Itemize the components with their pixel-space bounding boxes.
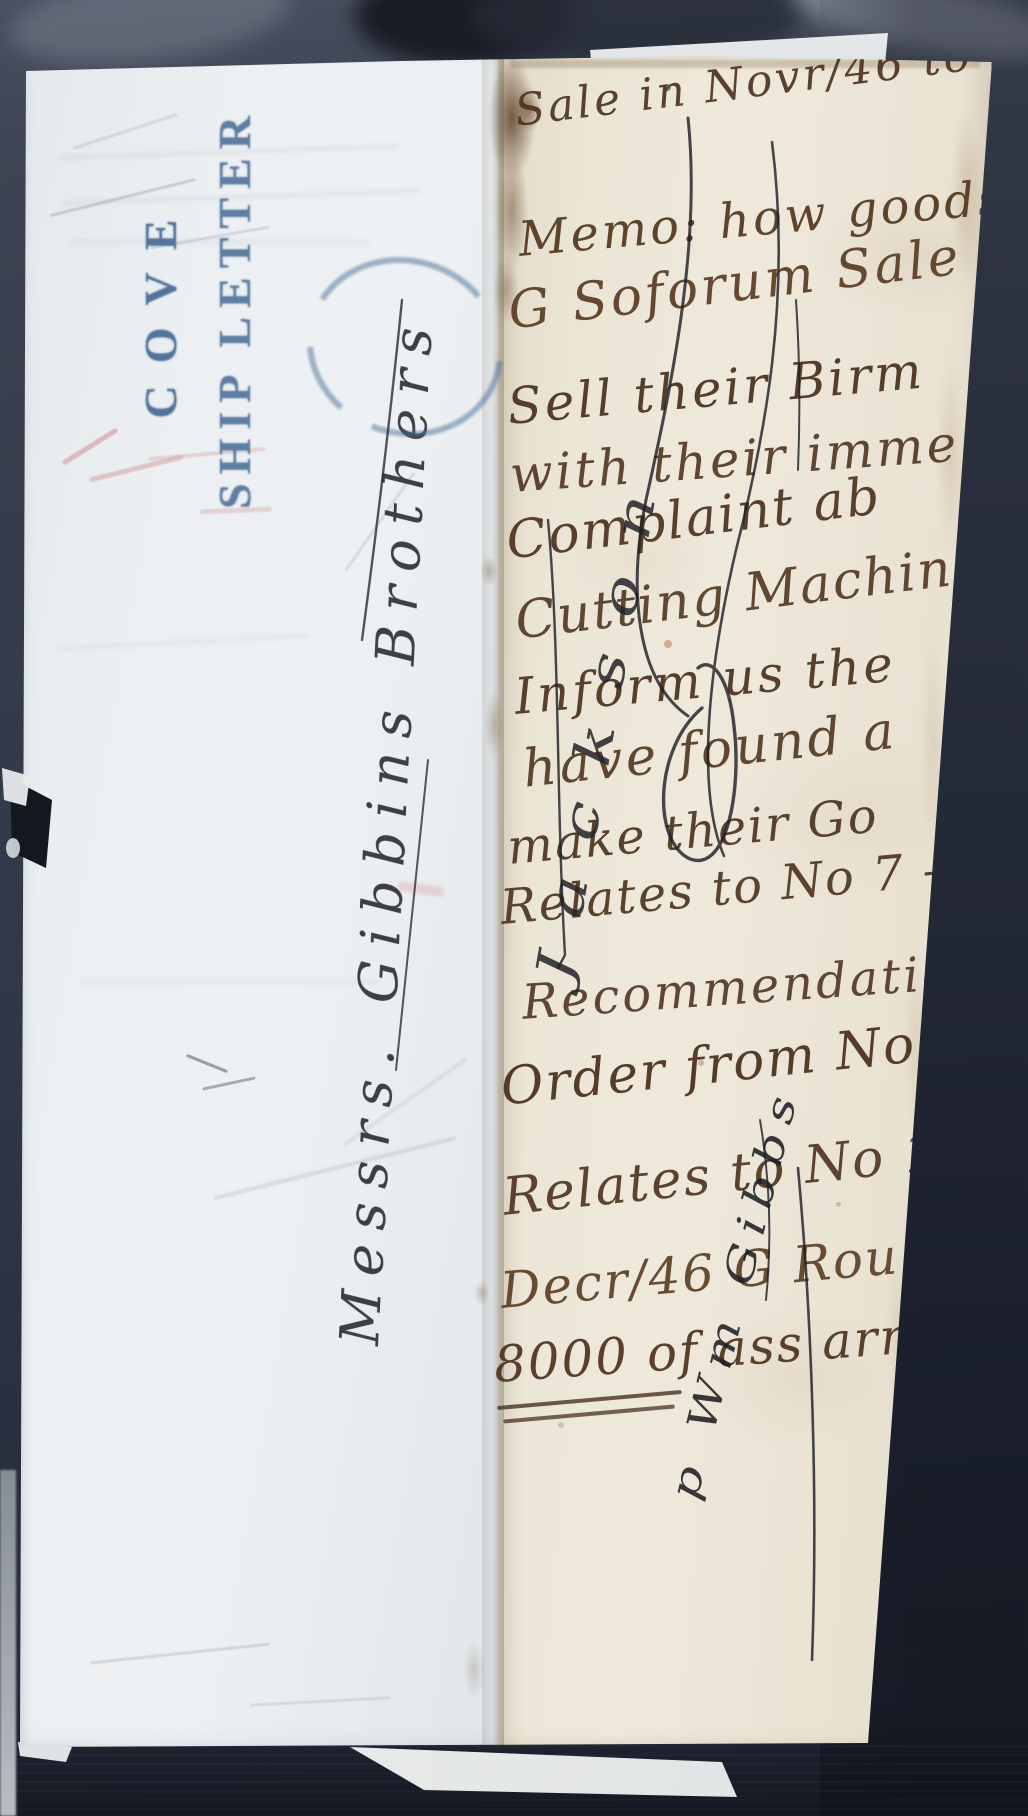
show-through-marks xyxy=(80,980,380,984)
stamp-line-2: SHIP LETTER xyxy=(198,58,272,558)
pencil-scribble xyxy=(202,1076,255,1090)
fold-stain xyxy=(484,690,504,760)
red-crayon-mark xyxy=(62,427,119,465)
photo-stage: COVE SHIP LETTER Messrs. Gibbins Brother… xyxy=(0,0,1028,1816)
pencil-scribble xyxy=(90,1643,269,1665)
folded-letter: COVE SHIP LETTER Messrs. Gibbins Brother… xyxy=(0,0,1028,1816)
show-through-marks xyxy=(60,633,310,650)
pencil-scribble xyxy=(186,1054,228,1073)
ink-speck xyxy=(558,1422,564,1428)
ink-speck xyxy=(664,640,672,648)
sleeve-edge xyxy=(0,1470,16,1816)
ink-speck xyxy=(836,1202,841,1207)
pencil-scribble xyxy=(250,1696,390,1706)
stamp-line-1: COVE xyxy=(124,58,198,558)
cove-ship-letter-stamp: COVE SHIP LETTER xyxy=(124,58,284,558)
fold-stain xyxy=(480,556,498,586)
fold-stain xyxy=(463,1640,485,1700)
mount-tab xyxy=(6,838,20,858)
fold-stain xyxy=(474,1280,490,1306)
